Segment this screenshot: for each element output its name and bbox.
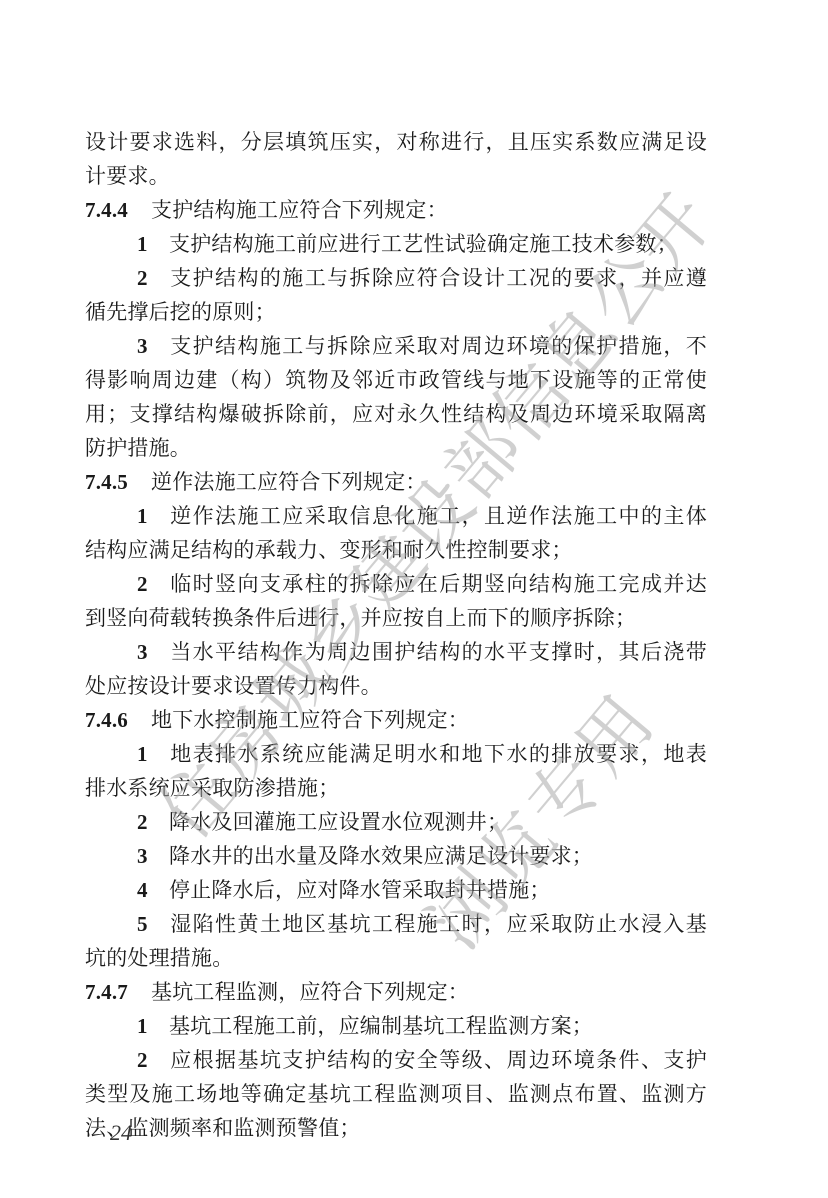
text-line: 结构应满足结构的承载力、变形和耐久性控制要求； xyxy=(85,533,707,567)
item-number: 1 xyxy=(137,1009,169,1043)
line-text: 地表排水系统应能满足明水和地下水的排放要求，地表 xyxy=(169,742,707,766)
item-number: 4 xyxy=(137,873,169,907)
line-text: 临时竖向支承柱的拆除应在后期竖向结构施工完成并达 xyxy=(169,572,707,596)
line-text: 坑的处理措施。 xyxy=(85,946,233,970)
clause-heading: 7.4.6地下水控制施工应符合下列规定： xyxy=(85,703,707,737)
text-line: 设计要求选料，分层填筑压实，对称进行，且压实系数应满足设 xyxy=(85,125,707,159)
line-text: 用；支撑结构爆破拆除前，应对永久性结构及周边环境采取隔离 xyxy=(85,402,707,426)
text-line: 坑的处理措施。 xyxy=(85,941,707,975)
text-line: 得影响周边建（构）筑物及邻近市政管线与地下设施等的正常使 xyxy=(85,363,707,397)
item-number: 1 xyxy=(137,227,169,261)
clause-heading: 7.4.5逆作法施工应符合下列规定： xyxy=(85,465,707,499)
item-number: 3 xyxy=(137,839,169,873)
line-text: 结构应满足结构的承载力、变形和耐久性控制要求； xyxy=(85,538,573,562)
text-line: 用；支撑结构爆破拆除前，应对永久性结构及周边环境采取隔离 xyxy=(85,397,707,431)
item-number: 2 xyxy=(137,1043,169,1077)
line-text: 当水平结构作为周边围护结构的水平支撑时，其后浇带 xyxy=(169,640,707,664)
item-number: 2 xyxy=(137,805,169,839)
text-line: 到竖向荷载转换条件后进行，并应按自上而下的顺序拆除； xyxy=(85,601,707,635)
line-text: 降水井的出水量及降水效果应满足设计要求； xyxy=(169,844,593,868)
line-text: 排水系统应采取防渗措施； xyxy=(85,776,339,800)
text-line: 法、监测频率和监测预警值； xyxy=(85,1111,707,1145)
list-item: 1支护结构施工前应进行工艺性试验确定施工技术参数； xyxy=(85,227,707,261)
clause-heading: 7.4.4支护结构施工应符合下列规定： xyxy=(85,193,707,227)
document-body: 设计要求选料，分层填筑压实，对称进行，且压实系数应满足设计要求。7.4.4支护结… xyxy=(85,125,707,1145)
line-text: 湿陷性黄土地区基坑工程施工时，应采取防止水浸入基 xyxy=(169,912,707,936)
clause-heading: 7.4.7基坑工程监测，应符合下列规定： xyxy=(85,975,707,1009)
item-number: 1 xyxy=(137,737,169,771)
line-text: 计要求。 xyxy=(85,164,170,188)
line-text: 设计要求选料，分层填筑压实，对称进行，且压实系数应满足设 xyxy=(85,130,707,154)
page-number: 24 xyxy=(110,1120,132,1146)
list-item: 2临时竖向支承柱的拆除应在后期竖向结构施工完成并达 xyxy=(85,567,707,601)
line-text: 处应按设计要求设置传力构件。 xyxy=(85,674,382,698)
clause-number: 7.4.7 xyxy=(85,975,151,1009)
line-text: 支护结构施工与拆除应采取对周边环境的保护措施，不 xyxy=(169,334,707,358)
item-number: 2 xyxy=(137,567,169,601)
item-number: 2 xyxy=(137,261,169,295)
item-number: 5 xyxy=(137,907,169,941)
line-text: 逆作法施工应符合下列规定： xyxy=(151,470,427,494)
list-item: 4停止降水后，应对降水管采取封井措施； xyxy=(85,873,707,907)
item-number: 1 xyxy=(137,499,169,533)
clause-number: 7.4.6 xyxy=(85,703,151,737)
item-number: 3 xyxy=(137,635,169,669)
text-line: 排水系统应采取防渗措施； xyxy=(85,771,707,805)
list-item: 3降水井的出水量及降水效果应满足设计要求； xyxy=(85,839,707,873)
list-item: 1逆作法施工应采取信息化施工，且逆作法施工中的主体 xyxy=(85,499,707,533)
list-item: 1基坑工程施工前，应编制基坑工程监测方案； xyxy=(85,1009,707,1043)
line-text: 循先撑后挖的原则； xyxy=(85,300,276,324)
line-text: 基坑工程监测，应符合下列规定： xyxy=(151,980,469,1004)
list-item: 2支护结构的施工与拆除应符合设计工况的要求，并应遵 xyxy=(85,261,707,295)
list-item: 1地表排水系统应能满足明水和地下水的排放要求，地表 xyxy=(85,737,707,771)
line-text: 降水及回灌施工应设置水位观测井； xyxy=(169,810,508,834)
line-text: 得影响周边建（构）筑物及邻近市政管线与地下设施等的正常使 xyxy=(85,368,707,392)
clause-number: 7.4.5 xyxy=(85,465,151,499)
text-line: 处应按设计要求设置传力构件。 xyxy=(85,669,707,703)
line-text: 基坑工程施工前，应编制基坑工程监测方案； xyxy=(169,1014,593,1038)
list-item: 5湿陷性黄土地区基坑工程施工时，应采取防止水浸入基 xyxy=(85,907,707,941)
item-number: 3 xyxy=(137,329,169,363)
text-line: 循先撑后挖的原则； xyxy=(85,295,707,329)
text-line: 类型及施工场地等确定基坑工程监测项目、监测点布置、监测方 xyxy=(85,1077,707,1111)
clause-number: 7.4.4 xyxy=(85,193,151,227)
line-text: 支护结构的施工与拆除应符合设计工况的要求，并应遵 xyxy=(169,266,707,290)
line-text: 地下水控制施工应符合下列规定： xyxy=(151,708,469,732)
line-text: 支护结构施工应符合下列规定： xyxy=(151,198,448,222)
list-item: 3支护结构施工与拆除应采取对周边环境的保护措施，不 xyxy=(85,329,707,363)
list-item: 3当水平结构作为周边围护结构的水平支撑时，其后浇带 xyxy=(85,635,707,669)
line-text: 防护措施。 xyxy=(85,436,191,460)
list-item: 2降水及回灌施工应设置水位观测井； xyxy=(85,805,707,839)
line-text: 到竖向荷载转换条件后进行，并应按自上而下的顺序拆除； xyxy=(85,606,636,630)
list-item: 2应根据基坑支护结构的安全等级、周边环境条件、支护 xyxy=(85,1043,707,1077)
line-text: 应根据基坑支护结构的安全等级、周边环境条件、支护 xyxy=(169,1048,707,1072)
line-text: 逆作法施工应采取信息化施工，且逆作法施工中的主体 xyxy=(169,504,707,528)
text-line: 防护措施。 xyxy=(85,431,707,465)
line-text: 类型及施工场地等确定基坑工程监测项目、监测点布置、监测方 xyxy=(85,1082,707,1106)
line-text: 支护结构施工前应进行工艺性试验确定施工技术参数； xyxy=(169,232,678,256)
line-text: 停止降水后，应对降水管采取封井措施； xyxy=(169,878,551,902)
text-line: 计要求。 xyxy=(85,159,707,193)
